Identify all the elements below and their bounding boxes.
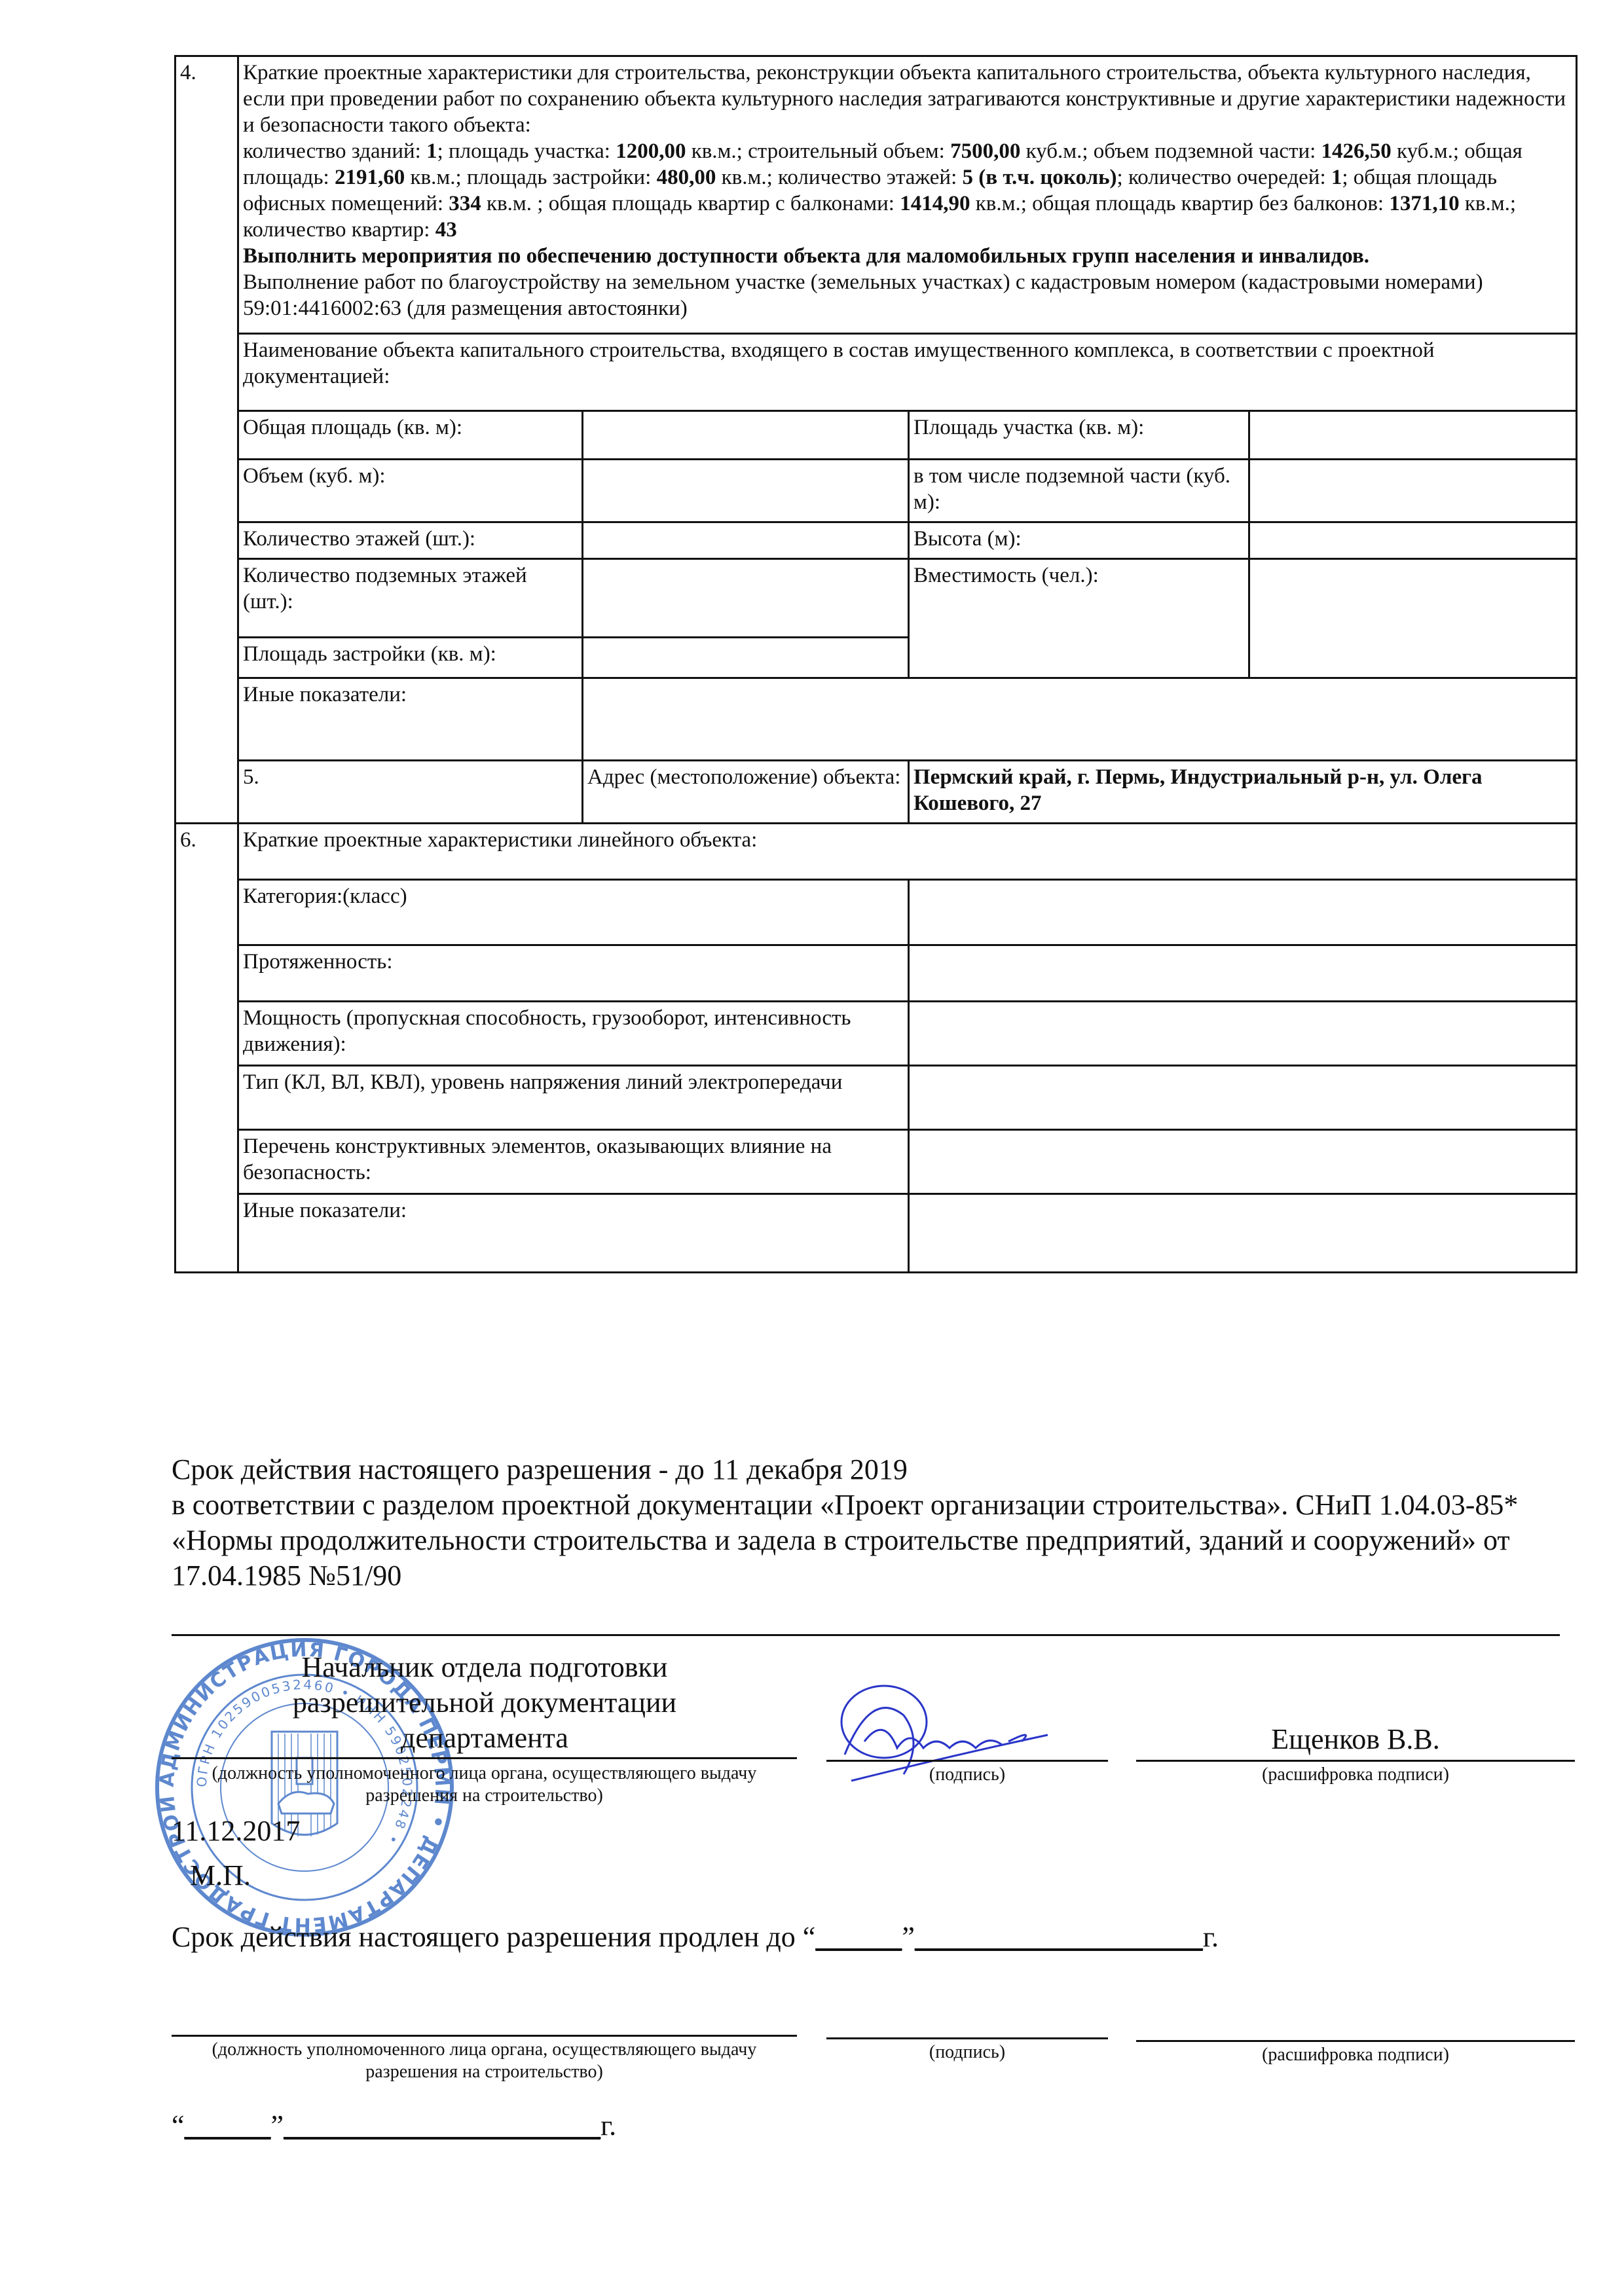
total-area-value — [583, 411, 909, 460]
characteristic-unit: ; — [1117, 166, 1128, 189]
built-area-label: Площадь застройки (кв. м): — [238, 638, 583, 678]
other-indicators-label: Иные показатели: — [238, 678, 583, 761]
characteristic-label: объем подземной части: — [1094, 139, 1321, 163]
section-4-heading: Краткие проектные характеристики для стр… — [243, 61, 1566, 137]
extension-name-caption: (расшифровка подписи) — [1136, 2044, 1575, 2066]
extension-day-field: ______ — [815, 1921, 902, 1953]
extension-date-month-field: ______________________ — [284, 2109, 600, 2141]
position-line: разрешительной документации — [249, 1685, 720, 1721]
section-4-description: Краткие проектные характеристики для стр… — [238, 56, 1577, 334]
plot-area-value — [1249, 411, 1577, 460]
characteristic-unit: ; — [437, 139, 449, 163]
characteristic-unit: кв.м.; — [686, 139, 748, 163]
extension-date-line: “______”______________________г. — [172, 2108, 616, 2143]
official-position: Начальник отдела подготовки разрешительн… — [249, 1650, 720, 1756]
characteristic-value: 334 — [449, 192, 481, 215]
underground-volume-label: в том числе подземной части (куб. м): — [909, 460, 1249, 522]
position-underline — [172, 1757, 797, 1759]
characteristic-label: количество этажей: — [778, 166, 963, 189]
characteristics-line: количество зданий: 1; площадь участка: 1… — [243, 139, 1522, 242]
seal-place-mark: М.П. — [190, 1858, 251, 1893]
landscaping-note: Выполнение работ по благоустройству на з… — [243, 270, 1483, 320]
characteristic-value: 1414,90 — [900, 192, 970, 215]
height-value — [1249, 522, 1577, 559]
characteristic-value: 1200,00 — [616, 139, 686, 163]
linear-value — [909, 1066, 1577, 1130]
linear-value — [909, 945, 1577, 1002]
characteristic-value: 2191,60 — [335, 166, 405, 189]
accessibility-note: Выполнить мероприятия по обеспечению дос… — [243, 244, 1369, 268]
year-suffix: г. — [600, 2109, 616, 2141]
linear-label: Протяженность: — [238, 945, 909, 1002]
capacity-value — [1249, 559, 1577, 678]
position-line: Начальник отдела подготовки — [249, 1650, 720, 1685]
name-underline — [1136, 1760, 1575, 1762]
divider — [172, 1634, 1560, 1636]
characteristic-label: количество зданий: — [243, 139, 426, 163]
validity-paragraph: Срок действия настоящего разрешения - до… — [172, 1452, 1599, 1594]
characteristic-unit: куб.м.; — [1020, 139, 1093, 163]
characteristic-label: количество квартир: — [243, 218, 435, 242]
other-indicators-row: Иные показатели: — [175, 678, 1577, 761]
extension-date-day-field: ______ — [185, 2109, 271, 2141]
characteristic-unit: кв.м.; — [716, 166, 778, 189]
project-characteristics-table: 4. Краткие проектные характеристики для … — [174, 55, 1578, 1273]
characteristic-label: общая площадь квартир без балконов: — [1032, 192, 1389, 215]
characteristic-label: общая площадь квартир с балконами: — [549, 192, 900, 215]
linear-label: Перечень конструктивных элементов, оказы… — [238, 1130, 909, 1194]
section-6-heading: Краткие проектные характеристики линейно… — [238, 824, 1577, 880]
floors-value — [583, 522, 909, 559]
quote-mark: ” — [902, 1921, 915, 1953]
signature-underline — [826, 1760, 1108, 1762]
extension-position-underline — [172, 2035, 797, 2037]
linear-label: Иные показатели: — [238, 1194, 909, 1273]
characteristic-unit: кв.м. ; — [481, 192, 549, 215]
characteristic-label: площадь участка: — [449, 139, 616, 163]
characteristic-unit: ; — [1342, 166, 1353, 189]
quote-mark: “ — [172, 2109, 185, 2141]
area-row: Общая площадь (кв. м): Площадь участка (… — [175, 411, 1577, 460]
characteristic-unit: кв.м.; — [1460, 192, 1516, 215]
linear-row: Иные показатели: — [175, 1194, 1577, 1273]
floors-label: Количество этажей (шт.): — [238, 522, 583, 559]
characteristic-value: 1 — [1331, 166, 1342, 189]
position-line: департамента — [249, 1721, 720, 1756]
linear-value — [909, 880, 1577, 945]
extension-signature-caption: (подпись) — [826, 2041, 1108, 2064]
characteristic-label: строительный объем: — [748, 139, 950, 163]
plot-area-label: Площадь участка (кв. м): — [909, 411, 1249, 460]
characteristic-value: 1371,10 — [1389, 192, 1459, 215]
permit-page: 4. Краткие проектные характеристики для … — [0, 0, 1624, 2296]
section-4-row: 4. Краткие проектные характеристики для … — [175, 56, 1577, 334]
volume-row: Объем (куб. м): в том числе подземной ча… — [175, 460, 1577, 522]
year-suffix: г. — [1203, 1921, 1219, 1953]
linear-label: Мощность (пропускная способность, грузоо… — [238, 1002, 909, 1066]
address-label: Адрес (местоположение) объекта: — [583, 761, 909, 824]
signature-caption: (подпись) — [826, 1764, 1108, 1786]
underground-floors-label: Количество подземных этажей (шт.): — [238, 559, 583, 638]
object-name-row: Наименование объекта капитального строит… — [175, 334, 1577, 411]
underground-volume-value — [1249, 460, 1577, 522]
characteristic-value: 1426,50 — [1321, 139, 1392, 163]
extension-name-underline — [1136, 2040, 1575, 2042]
extension-text: Срок действия настоящего разрешения прод… — [172, 1921, 815, 1953]
signatory-name: Ещенков В.В. — [1136, 1722, 1575, 1757]
linear-value — [909, 1130, 1577, 1194]
characteristic-unit: куб.м.; — [1392, 139, 1464, 163]
linear-row: Категория:(класс) — [175, 880, 1577, 945]
name-caption: (расшифровка подписи) — [1136, 1764, 1575, 1786]
other-indicators-value — [583, 678, 1577, 761]
linear-value — [909, 1002, 1577, 1066]
linear-value — [909, 1194, 1577, 1273]
characteristic-value: 5 (в т.ч. цоколь) — [963, 166, 1117, 189]
issue-date: 11.12.2017 — [172, 1813, 300, 1849]
linear-label: Тип (КЛ, ВЛ, КВЛ), уровень напряжения ли… — [238, 1066, 909, 1130]
validity-term: Срок действия настоящего разрешения - до… — [172, 1452, 1599, 1487]
extension-position-caption: (должность уполномоченного лица органа, … — [172, 2039, 797, 2083]
position-caption: (должность уполномоченного лица органа, … — [172, 1762, 797, 1807]
section-6-row: 6. Краткие проектные характеристики лине… — [175, 824, 1577, 880]
volume-label: Объем (куб. м): — [238, 460, 583, 522]
linear-row: Протяженность: — [175, 945, 1577, 1002]
characteristic-unit: кв.м.; — [405, 166, 467, 189]
extension-month-field: ____________________ — [915, 1921, 1203, 1953]
characteristic-value: 43 — [435, 218, 457, 242]
characteristic-value: 480,00 — [657, 166, 716, 189]
section-5-row: 5. Адрес (местоположение) объекта: Пермс… — [175, 761, 1577, 824]
volume-value — [583, 460, 909, 522]
validity-basis: в соответствии с разделом проектной доку… — [172, 1487, 1599, 1594]
underground-floors-row: Количество подземных этажей (шт.): Вмест… — [175, 559, 1577, 638]
height-label: Высота (м): — [909, 522, 1249, 559]
floors-row: Количество этажей (шт.): Высота (м): — [175, 522, 1577, 559]
address-value: Пермский край, г. Пермь, Индустриальный … — [909, 761, 1577, 824]
characteristic-value: 7500,00 — [950, 139, 1020, 163]
linear-row: Перечень конструктивных элементов, оказы… — [175, 1130, 1577, 1194]
linear-row: Мощность (пропускная способность, грузоо… — [175, 1002, 1577, 1066]
section-5-number: 5. — [238, 761, 583, 824]
section-4-number: 4. — [175, 56, 238, 824]
total-area-label: Общая площадь (кв. м): — [238, 411, 583, 460]
section-6-number: 6. — [175, 824, 238, 1273]
object-name-label: Наименование объекта капитального строит… — [238, 334, 1577, 411]
quote-mark: ” — [271, 2109, 284, 2141]
linear-row: Тип (КЛ, ВЛ, КВЛ), уровень напряжения ли… — [175, 1066, 1577, 1130]
characteristic-label: площадь застройки: — [467, 166, 657, 189]
extension-signature-underline — [826, 2037, 1108, 2039]
capacity-label: Вместимость (чел.): — [909, 559, 1249, 678]
built-area-value — [583, 638, 909, 678]
linear-label: Категория:(класс) — [238, 880, 909, 945]
extension-line: Срок действия настоящего разрешения прод… — [172, 1920, 1219, 1955]
underground-floors-value — [583, 559, 909, 638]
characteristic-label: количество очередей: — [1128, 166, 1331, 189]
characteristic-value: 1 — [426, 139, 437, 163]
characteristic-unit: кв.м.; — [970, 192, 1032, 215]
